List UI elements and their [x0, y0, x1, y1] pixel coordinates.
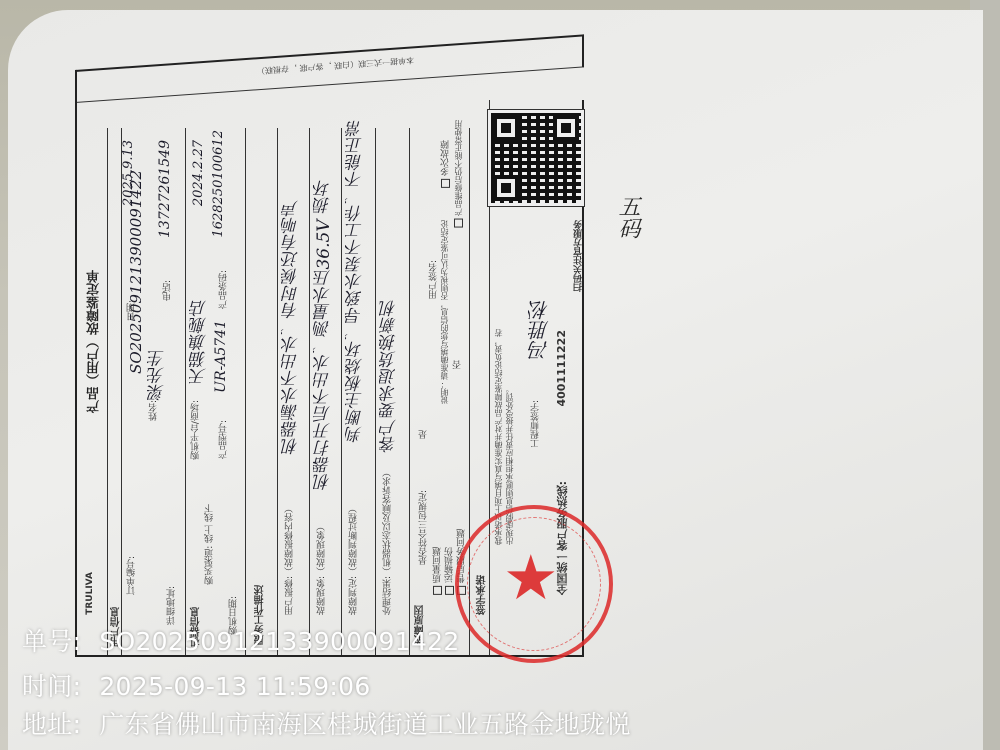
- service-row-value: 客户要求退货换新机: [377, 300, 402, 453]
- qr-code[interactable]: [488, 110, 584, 206]
- divider: [341, 128, 342, 655]
- hotline-number: 4001111222: [555, 330, 568, 407]
- divider: [409, 128, 410, 655]
- copies-note: 本单据一式三联（白联 ，客户联 ，存根联）: [257, 54, 414, 76]
- divider: [107, 128, 108, 655]
- serial-value: 1628250100612: [211, 130, 226, 238]
- qr-finder: [493, 175, 519, 201]
- service-row-label: 处理结果:（机器状态以及顾客诉求）: [381, 468, 394, 615]
- platform-value: 天猫旗舰店: [187, 300, 212, 385]
- option-multiple-failures[interactable]: 多次故障: [439, 140, 452, 188]
- qr-finder: [493, 115, 519, 141]
- watermark-order: 单号:SO2025091213390009142​2: [22, 622, 460, 658]
- user-sign-note: 说明：请准确填写您的信息，否则视为认可鉴定结论: [439, 220, 450, 404]
- checkbox-checked-icon: [442, 179, 451, 188]
- serial-label: 产品条码:: [217, 270, 230, 309]
- divider: [277, 128, 278, 655]
- qr-finder: [553, 115, 579, 141]
- brand-logo: TRULIVA: [85, 572, 95, 615]
- three-guarantee-label: 是否符合三包规定:: [417, 490, 430, 565]
- service-row-value: 判断主板烧坏，导致水泵不工作，不能正常: [343, 120, 368, 443]
- service-row-label: 故障现象:（故障现象）: [315, 522, 328, 615]
- option-repair-failed[interactable]: 产品维修后仍不能正常使用: [453, 120, 464, 228]
- side-handwritten-note: 五码: [612, 195, 643, 239]
- date-value: 2025.9.13: [121, 140, 136, 206]
- checkbox-checked-icon: [434, 586, 443, 595]
- name-label: 姓名:: [147, 400, 160, 421]
- phone-label: 电话:: [161, 280, 174, 301]
- service-row-value: 机器漏水不出水，有时候还有响声: [279, 200, 304, 455]
- order-no-label: 订单编号:: [125, 556, 138, 595]
- address-label: 详细地址:: [165, 586, 178, 625]
- watermark-address-label: 地址:: [22, 710, 81, 739]
- divider: [121, 128, 122, 655]
- channel-label: 购买渠道: 线上 线下: [203, 504, 216, 585]
- divider: [245, 128, 246, 655]
- checkbox-icon: [446, 586, 455, 595]
- watermark-time-value: 2025-09-13 11:59:06: [99, 672, 370, 701]
- qr-caption: 扫码关注官方服务: [572, 220, 585, 292]
- purchase-date-value: 2024.2.27: [191, 140, 206, 206]
- watermark-order-label: 单号:: [22, 627, 81, 656]
- star-icon: ★: [503, 547, 559, 609]
- phone-value: 13727261549: [157, 140, 173, 238]
- watermark-address-value: 广东省佛山市南海区桂城街道工业五路金地珑悦: [99, 710, 630, 739]
- model-label: 产品型号:: [217, 420, 230, 459]
- watermark-time-label: 时间:: [22, 672, 81, 701]
- platform-label: 购机平台/商场:: [189, 400, 202, 460]
- engineer-sign-label: 工程师签字:: [529, 400, 542, 448]
- divider: [185, 128, 186, 655]
- name-value: 梁先生: [145, 350, 170, 401]
- watermark-time: 时间:2025-09-13 11:59:06: [22, 667, 371, 703]
- date-label: 日期:: [125, 300, 138, 321]
- divider: [375, 128, 376, 655]
- no-option: 否: [451, 360, 464, 369]
- model-value: UR-A5741: [213, 320, 229, 393]
- watermark-address: 地址:广东省佛山市南海区桂城街道工业五路金地珑悦: [22, 705, 631, 741]
- form-title: 产品（用户）故障鉴定单: [85, 270, 104, 413]
- service-row-label: 用户报修:（故障报修内容）: [283, 504, 296, 615]
- divider: [309, 128, 310, 655]
- checkbox-icon: [455, 219, 464, 228]
- service-row-value: 机器打开后不出水，测量水压36.5V 损坏: [311, 180, 336, 491]
- company-seal: ★: [455, 505, 613, 663]
- watermark-order-value: SO2025091213390009142​2: [99, 627, 459, 656]
- three-guarantee-yes: 是: [417, 430, 430, 439]
- engineer-signature-value: 冯胜松: [525, 300, 554, 360]
- service-row-label: 故障判定:（故障判断过程）: [347, 504, 360, 615]
